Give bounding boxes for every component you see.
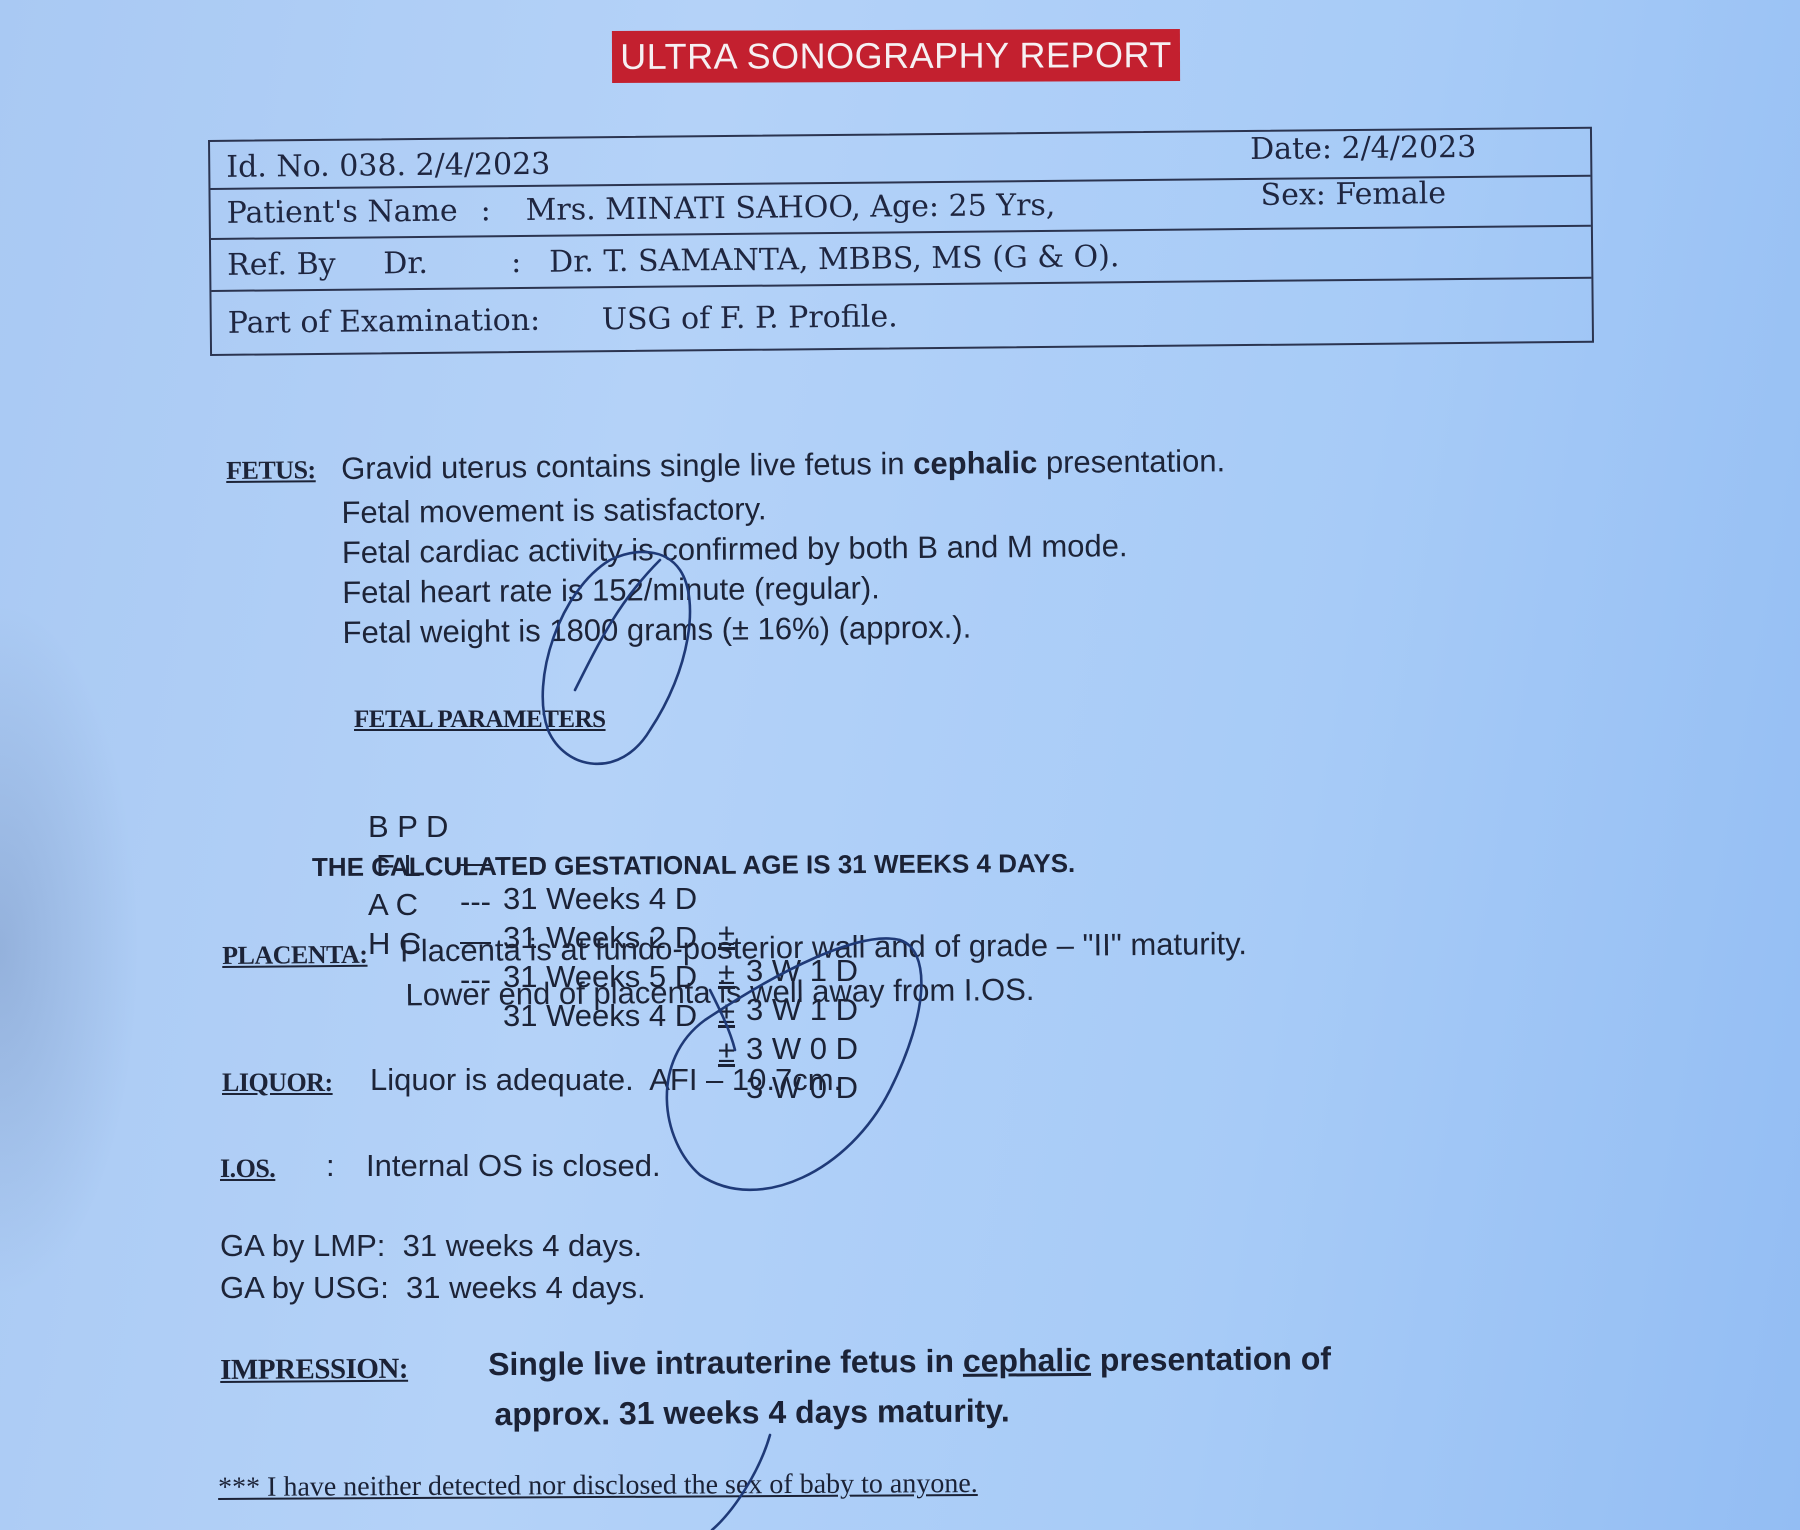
id-number: Id. No. 038. 2/4/2023: [226, 147, 550, 185]
ios-sep: :: [326, 1148, 335, 1184]
fetus-line-1-end: presentation.: [1037, 443, 1225, 480]
patient-name-age: Mrs. MINATI SAHOO, Age: 25 Yrs,: [526, 188, 1056, 228]
placenta-line-1: Placenta is at fundo-posterior wall and …: [400, 926, 1247, 969]
fetus-presentation: cephalic: [913, 445, 1037, 481]
exam-label: Part of Examination:: [228, 303, 541, 341]
placenta-line-2: Lower end of placenta is well away from …: [405, 972, 1034, 1013]
impression-line-1: Single live intrauterine fetus in cephal…: [488, 1340, 1331, 1383]
fetus-line-1-text: Gravid uterus contains single live fetus…: [341, 446, 913, 486]
impression-presentation: cephalic: [963, 1342, 1091, 1379]
report-title-banner: ULTRA SONOGRAPHY REPORT: [612, 29, 1180, 83]
ga-by-lmp: GA by LMP: 31 weeks 4 days.: [220, 1228, 642, 1264]
patient-info-table: Id. No. 038. 2/4/2023 Date: 2/4/2023 Pat…: [208, 127, 1594, 356]
exam-value: USG of F. P. Profile.: [602, 299, 898, 337]
calculated-gestational-age: THE CALCULATED GESTATIONAL AGE IS 31 WEE…: [312, 848, 1075, 883]
referral-label: Ref. By Dr.: [227, 246, 428, 283]
placenta-section: PLACENTA: Placenta is at fundo-posterior…: [222, 925, 1423, 1025]
patient-sep: :: [481, 193, 491, 228]
ga-by-usg: GA by USG: 31 weeks 4 days.: [220, 1270, 646, 1306]
ios-text: Internal OS is closed.: [366, 1148, 661, 1184]
referring-doctor: Dr. T. SAMANTA, MBBS, MS (G & O).: [549, 239, 1120, 279]
fetus-line-2: Fetal movement is satisfactory.: [341, 491, 766, 531]
fetal-weight: Fetal weight is 1800 grams (± 16%) (appr…: [342, 610, 971, 651]
fetus-line-1: Gravid uterus contains single live fetus…: [341, 443, 1225, 487]
fetus-line-3: Fetal cardiac activity is confirmed by b…: [342, 528, 1128, 571]
param-dash: ---: [460, 884, 491, 920]
ios-label: I.OS.: [220, 1154, 275, 1184]
impression-line-1-text: Single live intrauterine fetus in: [488, 1343, 963, 1382]
referral-sep: :: [511, 245, 521, 280]
impression-label: IMPRESSION:: [220, 1353, 408, 1387]
sex-non-disclosure-declaration: *** I have neither detected nor disclose…: [218, 1468, 978, 1504]
patient-sex: Sex: Female: [1260, 176, 1446, 213]
fetal-heart-rate: Fetal heart rate is 152/minute (regular)…: [342, 570, 880, 611]
fetal-parameters-heading: FETAL PARAMETERS: [354, 706, 606, 734]
liquor-text: Liquor is adequate. AFI – 10.7cm.: [370, 1062, 842, 1098]
impression-line-2: approx. 31 weeks 4 days maturity.: [494, 1392, 1009, 1433]
param-value: 31 Weeks 4 D: [503, 881, 697, 917]
liquor-label: LIQUOR:: [222, 1068, 333, 1098]
patient-label: Patient's Name: [227, 194, 458, 231]
page-shadow: [0, 600, 140, 1300]
fetus-label: FETUS:: [226, 455, 316, 486]
placenta-label: PLACENTA:: [222, 940, 368, 971]
report-title: ULTRA SONOGRAPHY REPORT: [620, 34, 1172, 78]
impression-line-1-end: presentation of: [1091, 1340, 1331, 1378]
row-exam: Part of Examination: USG of F. P. Profil…: [211, 279, 1591, 350]
report-date: Date: 2/4/2023: [1250, 130, 1476, 167]
